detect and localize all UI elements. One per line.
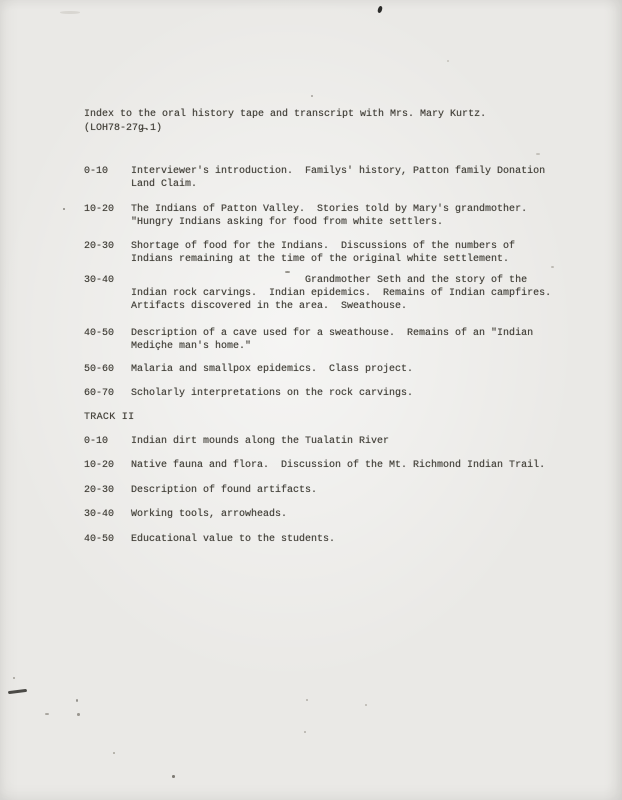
scan-speck [447,60,449,62]
scan-speck [45,713,49,715]
index-entry: 0-10Indian dirt mounds along the Tualati… [84,435,389,448]
scan-speck [306,699,308,701]
index-entry: 20-30Description of found artifacts. [84,484,317,497]
entry-description: Educational value to the students. [131,533,335,546]
index-entry: 40-50Educational value to the students. [84,533,335,546]
time-range-label: 10-20 [84,459,131,472]
scan-speck [13,677,15,679]
index-entry: 30-40Working tools, arrowheads. [84,508,287,521]
time-range-label: 0-10 [84,435,131,448]
scan-speck [77,713,80,716]
scan-speck [76,699,78,702]
scan-speck [304,731,306,733]
track-two-index-list: 0-10Indian dirt mounds along the Tualati… [0,0,622,800]
entry-description: Description of found artifacts. [131,484,317,497]
scan-speck [63,208,65,210]
scan-smudge [60,11,80,14]
time-range-label: 20-30 [84,484,131,497]
index-entry: 10-20Native fauna and flora. Discussion … [84,459,545,472]
scan-speck [551,266,554,268]
time-range-label: 40-50 [84,533,131,546]
scan-speck [172,775,175,778]
scan-speck [285,271,290,273]
entry-description: Working tools, arrowheads. [131,508,287,521]
scan-speck [113,752,115,754]
scan-speck [311,95,313,97]
entry-description: Native fauna and flora. Discussion of th… [131,459,545,472]
time-range-label: 30-40 [84,508,131,521]
scan-speck [536,153,540,155]
scanned-document-page: Index to the oral history tape and trans… [0,0,622,800]
scan-speck [365,704,367,706]
entry-description: Indian dirt mounds along the Tualatin Ri… [131,435,389,448]
